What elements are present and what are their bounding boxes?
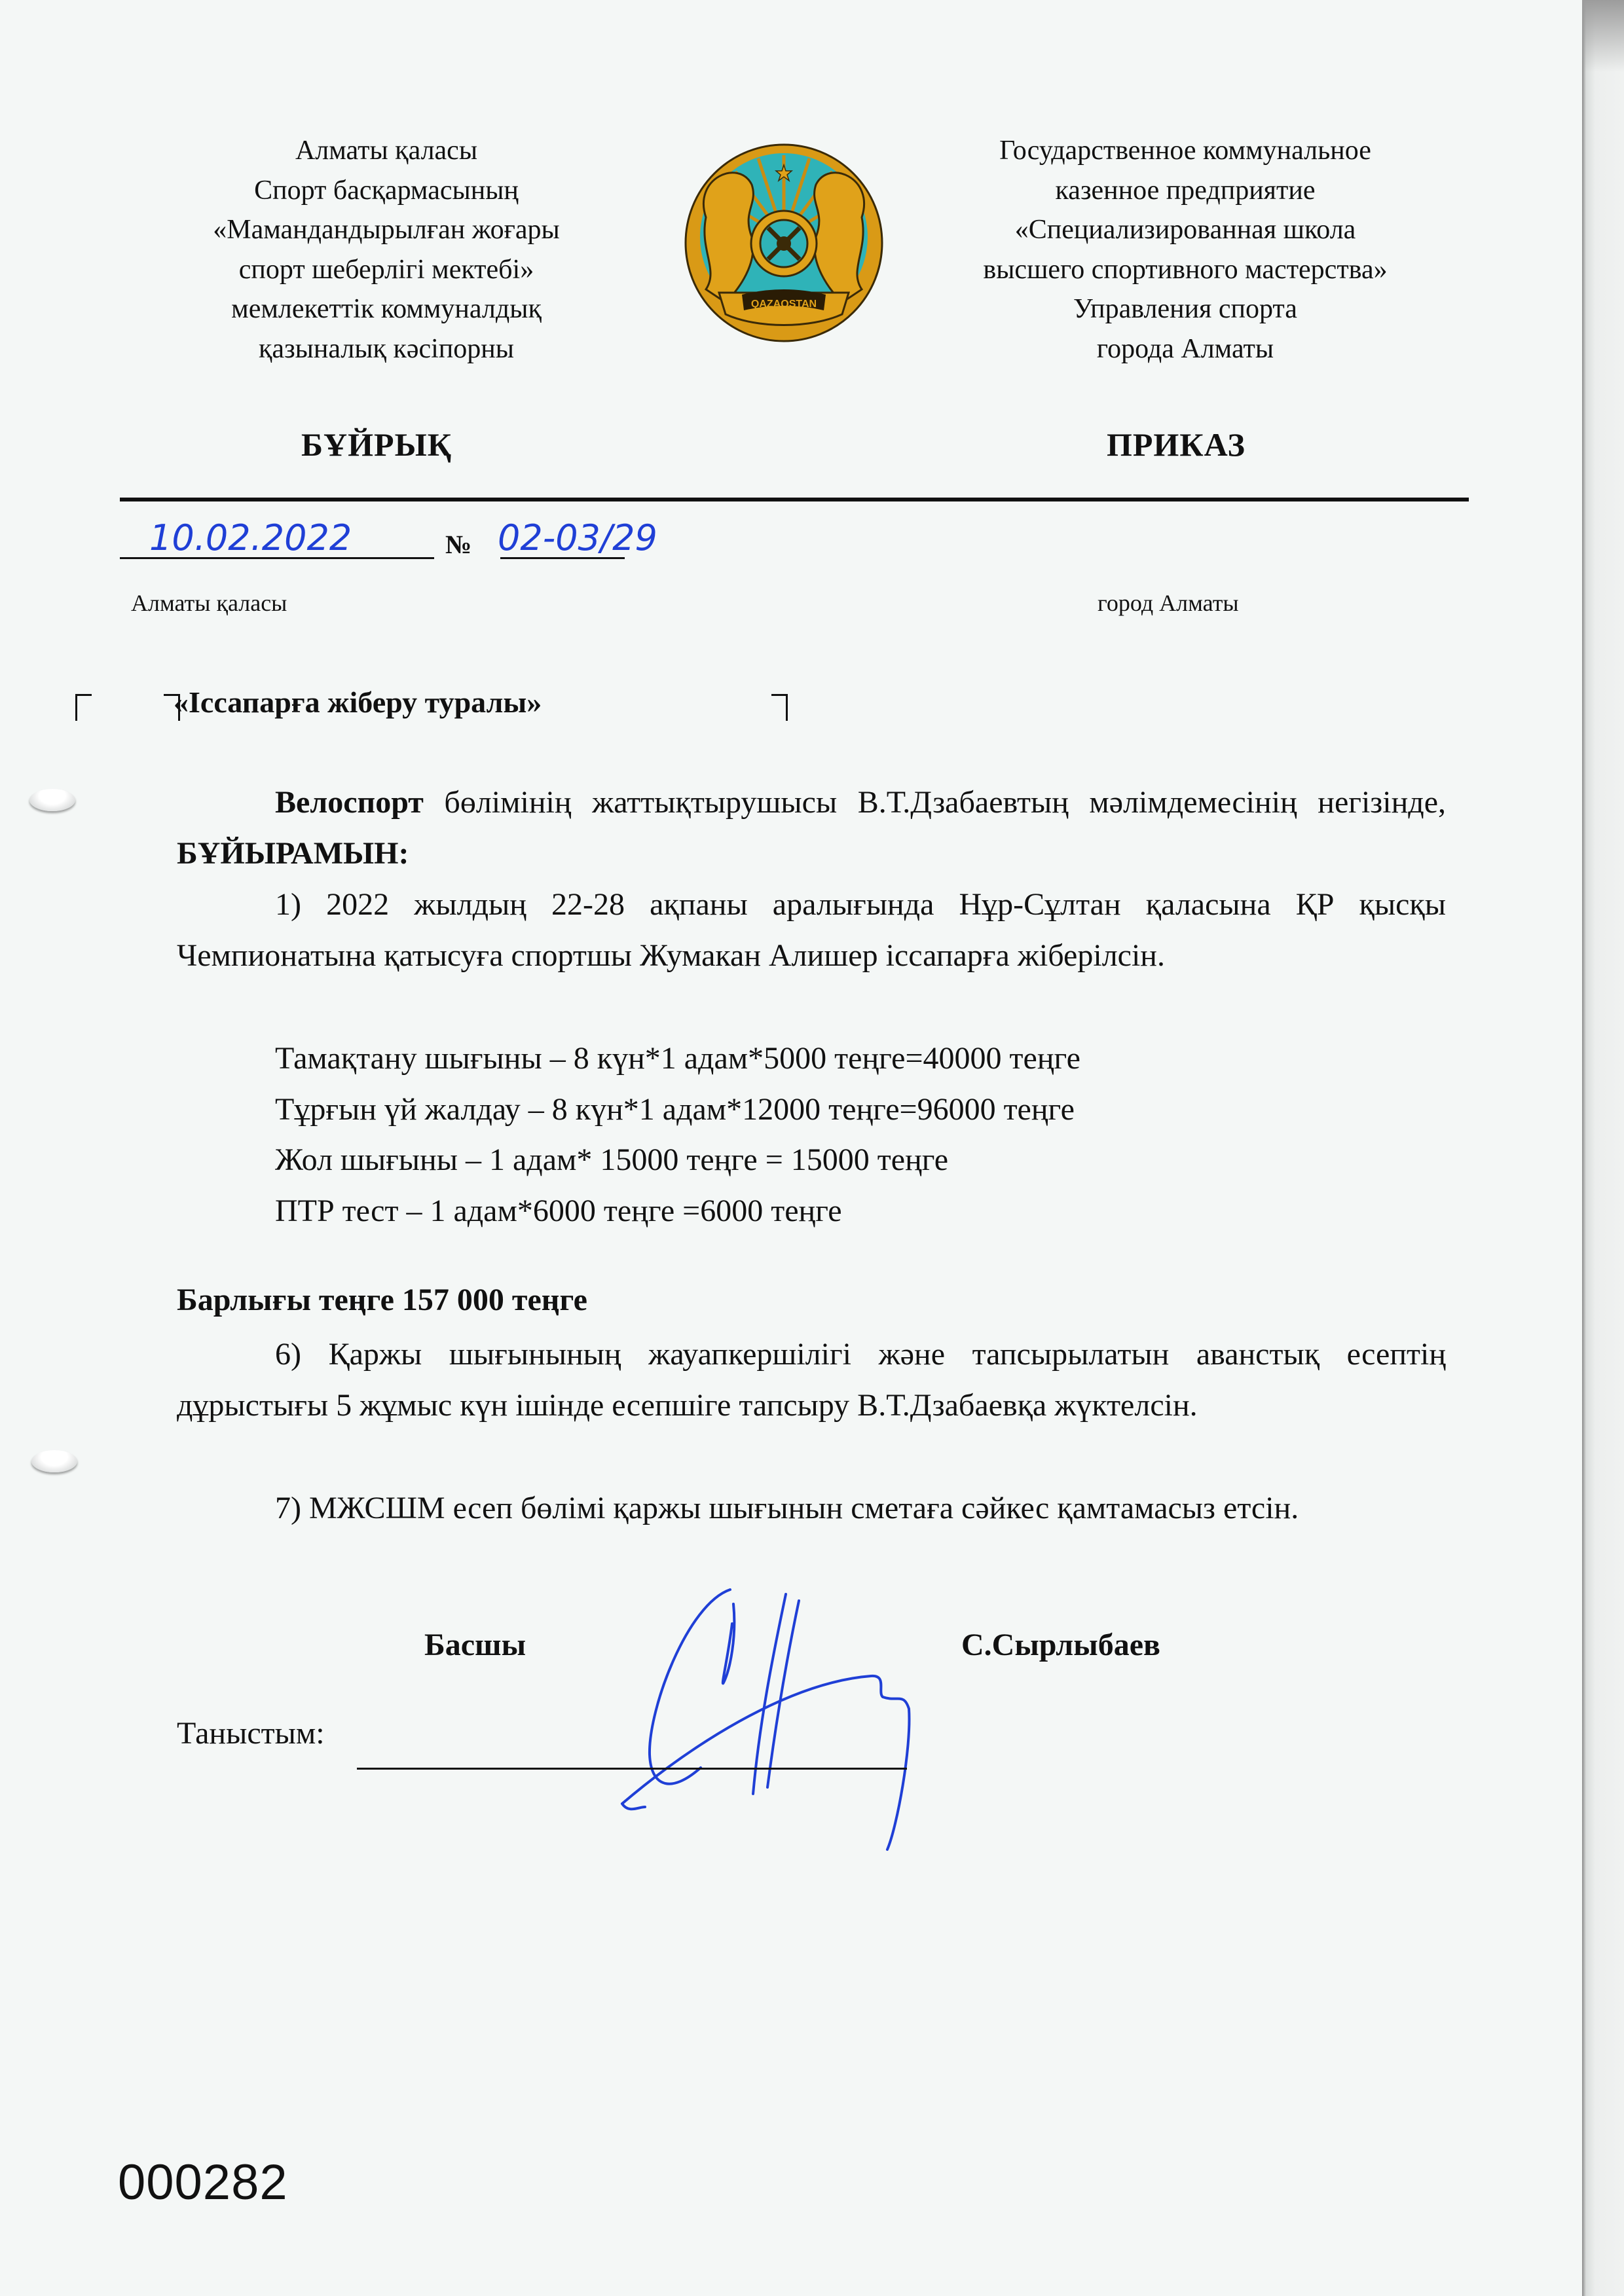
punch-hole-top xyxy=(29,789,75,811)
serial-number: 000282 xyxy=(118,2154,288,2211)
order-word: БҰЙЫРАМЫН: xyxy=(177,836,409,871)
intro-text: бөлімінің жаттықтырушысы В.Т.Дзабаевтың … xyxy=(424,785,1446,820)
header-line: города Алматы xyxy=(910,329,1460,369)
state-emblem-icon: QAZAQSTAN xyxy=(680,139,888,347)
signatory-name: С.Сырлыбаев xyxy=(961,1627,1160,1663)
acknowledgement-signature-line xyxy=(357,1768,907,1770)
document-title-ru: ПРИКАЗ xyxy=(1107,426,1246,464)
header-line: спорт шеберлігі мектебі» xyxy=(157,250,616,290)
order-item-text: 6) Қаржы шығынының жауапкершілігі және т… xyxy=(177,1329,1446,1431)
header-line: «Мамандандырылған жоғары xyxy=(157,210,616,250)
document-subject: «Іссапарға жіберу туралы» xyxy=(174,685,542,720)
header-organization-kk: Алматы қаласы Спорт басқармасының «Маман… xyxy=(157,131,616,369)
order-item-text: 1) 2022 жылдың 22-28 ақпаны аралығында Н… xyxy=(177,879,1446,981)
number-sign: № xyxy=(445,529,471,560)
place-ru: город Алматы xyxy=(1098,589,1239,617)
header-line: казенное предприятие xyxy=(910,171,1460,211)
header-line: «Специализированная школа xyxy=(910,210,1460,250)
number-underline xyxy=(500,557,625,559)
scan-edge-shadow xyxy=(1582,0,1624,2296)
subject-bracket-right xyxy=(771,694,788,721)
header-line: қазыналық кәсіпорны xyxy=(157,329,616,369)
order-item-7: 7) МЖСШМ есеп бөлімі қаржы шығынын смета… xyxy=(177,1483,1446,1534)
header-line: мемлекеттік коммуналдық xyxy=(157,289,616,329)
expense-item: Жол шығыны – 1 адам* 15000 теңге = 15000… xyxy=(275,1135,1080,1186)
header-line: Спорт басқармасының xyxy=(157,171,616,211)
section-name: Велоспорт xyxy=(275,785,424,820)
order-item-1: 1) 2022 жылдың 22-28 ақпаны аралығында Н… xyxy=(177,879,1446,981)
acknowledgement-label: Таныстым: xyxy=(177,1715,325,1751)
expense-item: ПТР тест – 1 адам*6000 теңге =6000 теңге xyxy=(275,1186,1080,1237)
place-kk: Алматы қаласы xyxy=(131,589,287,617)
punch-hole-bottom xyxy=(31,1450,77,1472)
handwritten-date: 10.02.2022 xyxy=(149,517,352,558)
expense-item: Тұрғын үй жалдау – 8 күн*1 адам*12000 те… xyxy=(275,1084,1080,1135)
expense-list: Тамақтану шығыны – 8 күн*1 адам*5000 тең… xyxy=(275,1033,1080,1236)
expense-total: Барлығы теңге 157 000 теңге xyxy=(177,1282,587,1318)
handwritten-order-number: 02-03/29 xyxy=(498,517,657,558)
order-item-6: 6) Қаржы шығынының жауапкершілігі және т… xyxy=(177,1329,1446,1431)
header-line: Государственное коммунальное xyxy=(910,131,1460,171)
header-line: Алматы қаласы xyxy=(157,131,616,171)
date-underline xyxy=(120,557,434,559)
header-divider xyxy=(120,498,1469,501)
header-line: Управления спорта xyxy=(910,289,1460,329)
signatory-role: Басшы xyxy=(424,1627,526,1663)
document-title-kk: БҰЙРЫҚ xyxy=(301,426,452,464)
header-organization-ru: Государственное коммунальное казенное пр… xyxy=(910,131,1460,369)
handwritten-signature-icon xyxy=(589,1578,1008,1853)
subject-bracket-left xyxy=(75,694,92,721)
expense-item: Тамақтану шығыны – 8 күн*1 адам*5000 тең… xyxy=(275,1033,1080,1084)
intro-paragraph: Велоспорт бөлімінің жаттықтырушысы В.Т.Д… xyxy=(177,777,1446,879)
header-line: высшего спортивного мастерства» xyxy=(910,250,1460,290)
order-item-text: 7) МЖСШМ есеп бөлімі қаржы шығынын смета… xyxy=(177,1483,1446,1534)
emblem-label: QAZAQSTAN xyxy=(751,299,817,310)
